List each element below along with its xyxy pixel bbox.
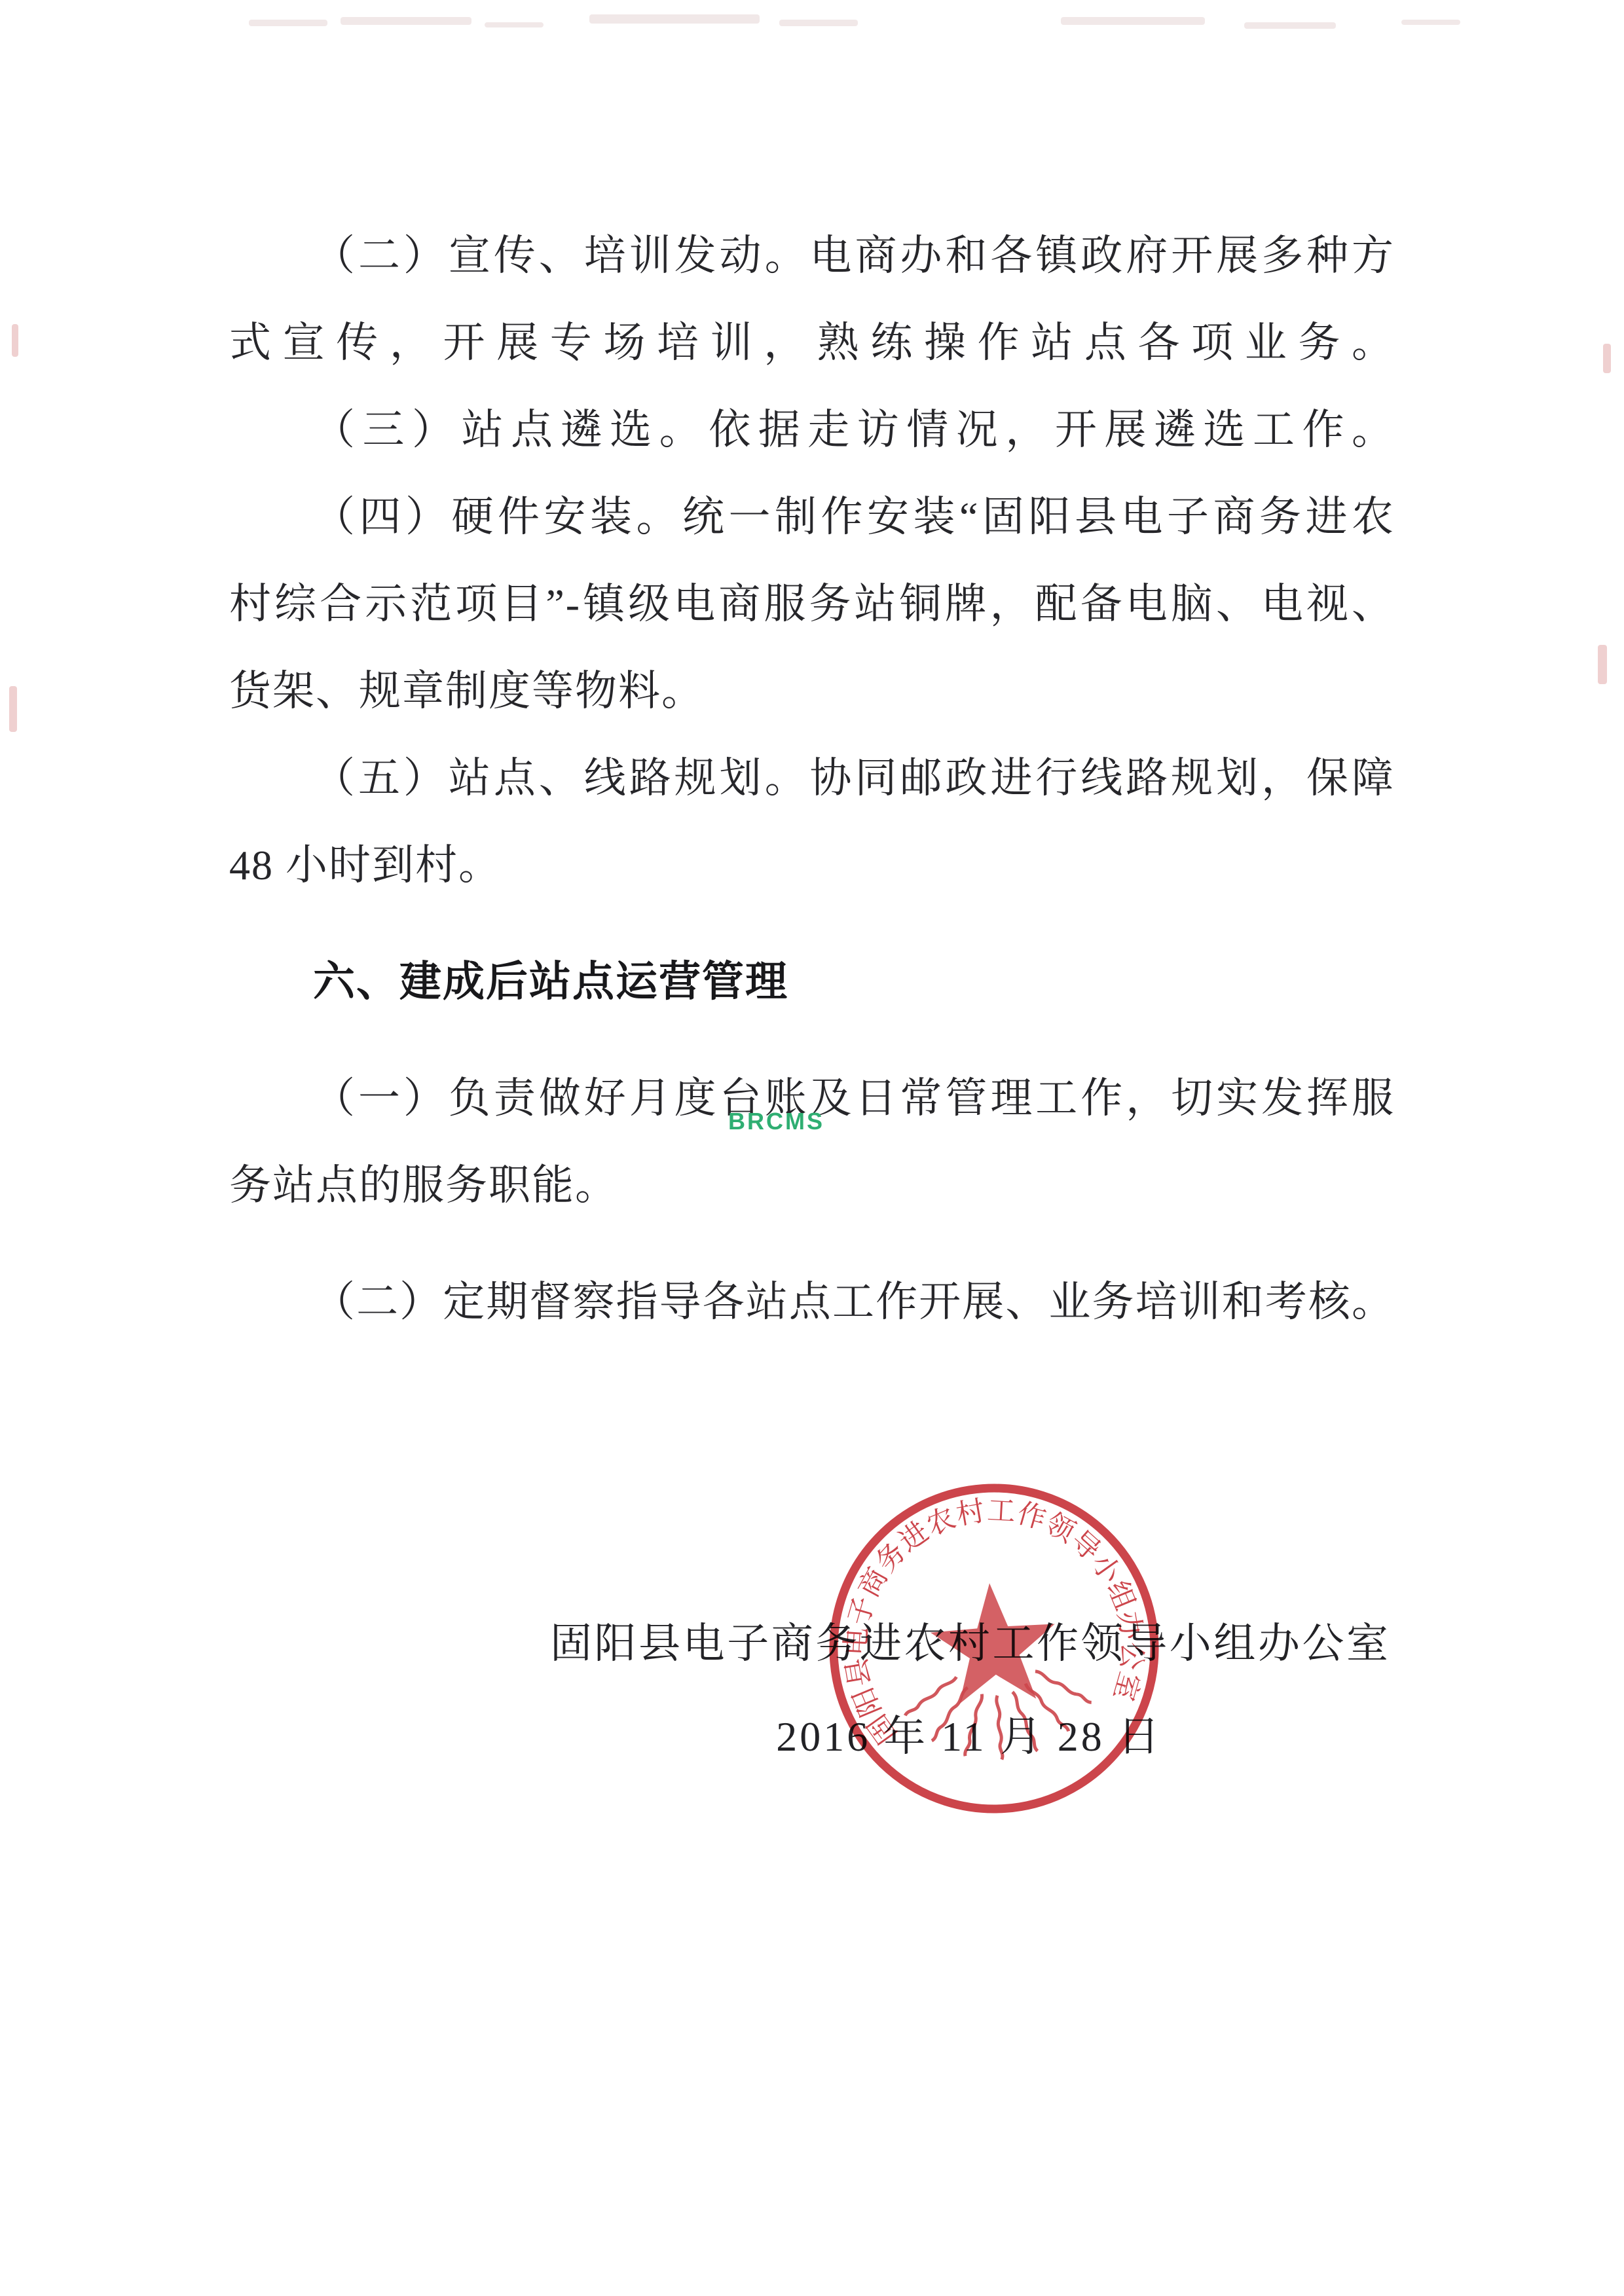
scan-artifact — [1603, 344, 1611, 373]
body-line: 村综合示范项目”-镇级电商服务站铜牌，配备电脑、电视、 — [229, 560, 1395, 647]
body-line: 式宣传，开展专场培训，熟练操作站点各项业务。 — [229, 299, 1395, 386]
scan-artifact — [9, 686, 17, 732]
seal-mongolian-script — [902, 1667, 1096, 1766]
scan-artifact — [249, 20, 327, 26]
scan-artifact — [12, 324, 18, 357]
scan-artifact — [1061, 17, 1205, 25]
scan-artifact — [1244, 22, 1336, 29]
body-line: 货架、规章制度等物料。 — [229, 647, 1395, 735]
watermark-text: BRCMS — [728, 1108, 824, 1135]
body-line: （二）定期督察指导各站点工作开展、业务培训和考核。 — [229, 1258, 1395, 1345]
body-line: （五）站点、线路规划。协同邮政进行线路规划，保障 — [229, 735, 1395, 822]
scan-artifact — [589, 14, 760, 24]
official-seal: 固阳县电子商务进农村工作领导小组办公室 — [812, 1467, 1175, 1830]
scanned-document-page: （二）宣传、培训发动。电商办和各镇政府开展多种方 式宣传，开展专场培训，熟练操作… — [0, 0, 1624, 2296]
scan-artifact — [779, 20, 858, 26]
body-line: 48 小时到村。 — [229, 822, 1395, 909]
official-seal-graphic: 固阳县电子商务进农村工作领导小组办公室 — [812, 1467, 1175, 1830]
scan-artifact — [1401, 20, 1460, 25]
body-line: （四）硬件安装。统一制作安装“固阳县电子商务进农 — [229, 473, 1395, 560]
scan-artifact — [1598, 645, 1607, 684]
body-line: 务站点的服务职能。 — [229, 1142, 1395, 1229]
scan-artifact — [341, 17, 471, 25]
body-line: （三）站点遴选。依据走访情况，开展遴选工作。 — [229, 386, 1395, 473]
scan-artifact — [485, 22, 544, 27]
document-body: （二）宣传、培训发动。电商办和各镇政府开展多种方 式宣传，开展专场培训，熟练操作… — [229, 212, 1395, 1345]
body-line: （二）宣传、培训发动。电商办和各镇政府开展多种方 — [229, 212, 1395, 299]
seal-star — [927, 1579, 1060, 1706]
section-heading: 六、建成后站点运营管理 — [229, 938, 1395, 1025]
